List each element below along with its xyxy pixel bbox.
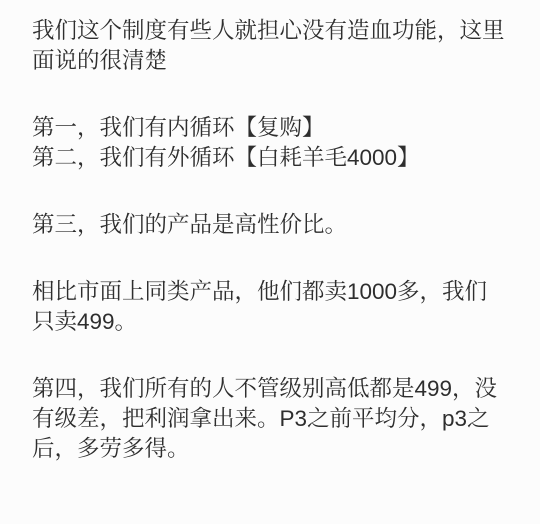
text-line: 相比市面上同类产品，他们都卖1000多，我们只卖499。 xyxy=(32,277,505,337)
paragraph-intro: 我们这个制度有些人就担心没有造血功能，这里面说的很清楚 xyxy=(32,16,505,76)
paragraph-point-3: 第三，我们的产品是高性价比。 xyxy=(32,210,505,240)
paragraph-points-1-2: 第一，我们有内循环【复购】 第二，我们有外循环【白耗羊毛4000】 xyxy=(32,113,505,173)
text-line: 我们这个制度有些人就担心没有造血功能，这里面说的很清楚 xyxy=(32,16,505,76)
text-line: 第四，我们所有的人不管级别高低都是499，没有级差，把利润拿出来。P3之前平均分… xyxy=(32,374,505,464)
text-document: 我们这个制度有些人就担心没有造血功能，这里面说的很清楚 第一，我们有内循环【复购… xyxy=(0,0,540,524)
text-line: 第三，我们的产品是高性价比。 xyxy=(32,210,505,240)
text-line: 第一，我们有内循环【复购】 xyxy=(32,113,505,143)
text-line: 第二，我们有外循环【白耗羊毛4000】 xyxy=(32,143,505,173)
paragraph-point-4: 第四，我们所有的人不管级别高低都是499，没有级差，把利润拿出来。P3之前平均分… xyxy=(32,374,505,464)
paragraph-price-comparison: 相比市面上同类产品，他们都卖1000多，我们只卖499。 xyxy=(32,277,505,337)
